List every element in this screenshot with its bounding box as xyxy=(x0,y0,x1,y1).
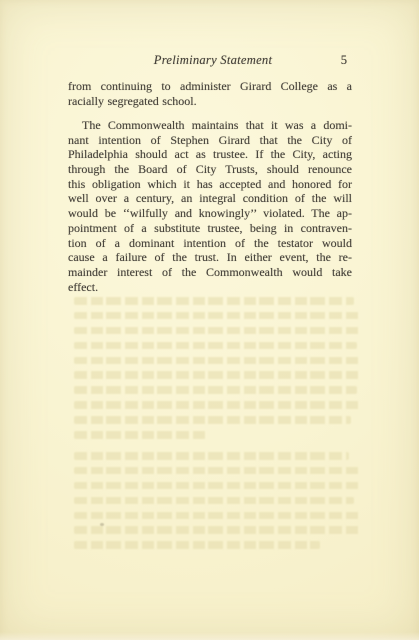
scan-bottom-edge xyxy=(0,632,419,640)
paragraph: from continuing to administer Girard Col… xyxy=(68,79,352,108)
text-line: pointment of a substitute trustee, being… xyxy=(68,221,352,236)
text-line: mainder interest of the Commonwealth wou… xyxy=(68,265,352,280)
bleed-through-line xyxy=(74,312,360,320)
page-heading: Preliminary Statement xyxy=(71,53,355,68)
bleed-through-line xyxy=(74,497,354,505)
bleed-through-text-block-2 xyxy=(74,452,360,556)
bleed-through-line xyxy=(74,386,357,394)
bleed-through-line xyxy=(74,526,360,534)
text-line: through the Board of City Trusts, should… xyxy=(68,162,352,177)
bleed-through-line xyxy=(74,467,360,475)
text-line: The Commonwealth maintains that it was a… xyxy=(68,118,352,133)
bleed-through-line xyxy=(74,512,360,520)
text-line: Philadelphia should act as trustee. If t… xyxy=(68,147,352,162)
book-page: Preliminary Statement 5 from continuing … xyxy=(0,0,419,640)
bleed-through-line xyxy=(74,357,360,365)
text-line: effect. xyxy=(68,280,352,295)
text-line: nant intention of Stephen Girard that th… xyxy=(68,133,352,148)
text-line: this obligation which it has accepted an… xyxy=(68,177,352,192)
text-line: would be ‘‘wilfully and knowingly’’ viol… xyxy=(68,206,352,221)
bleed-through-line xyxy=(74,416,351,424)
text-line: from continuing to administer Girard Col… xyxy=(68,79,352,94)
bleed-through-line xyxy=(74,342,357,350)
page-number: 5 xyxy=(341,53,347,68)
bleed-through-line xyxy=(74,431,206,439)
text-line: cause a failure of the trust. In either … xyxy=(68,250,352,265)
scan-speck xyxy=(100,523,104,526)
bleed-through-line xyxy=(74,401,360,409)
body-text: from continuing to administer Girard Col… xyxy=(68,79,352,294)
bleed-through-line xyxy=(74,541,320,549)
text-line: racially segregated school. xyxy=(68,94,352,109)
bleed-through-line xyxy=(74,371,360,379)
text-line: well over a century, an integral conditi… xyxy=(68,191,352,206)
text-block: Preliminary Statement 5 from continuing … xyxy=(68,53,352,304)
bleed-through-line xyxy=(74,452,349,460)
running-head: Preliminary Statement 5 xyxy=(68,53,352,69)
bleed-through-line xyxy=(74,482,360,490)
bleed-through-line xyxy=(74,327,360,335)
paragraph: The Commonwealth maintains that it was a… xyxy=(68,118,352,294)
text-line: tion of a dominant intention of the test… xyxy=(68,236,352,251)
bleed-through-text-block-1 xyxy=(74,297,360,446)
